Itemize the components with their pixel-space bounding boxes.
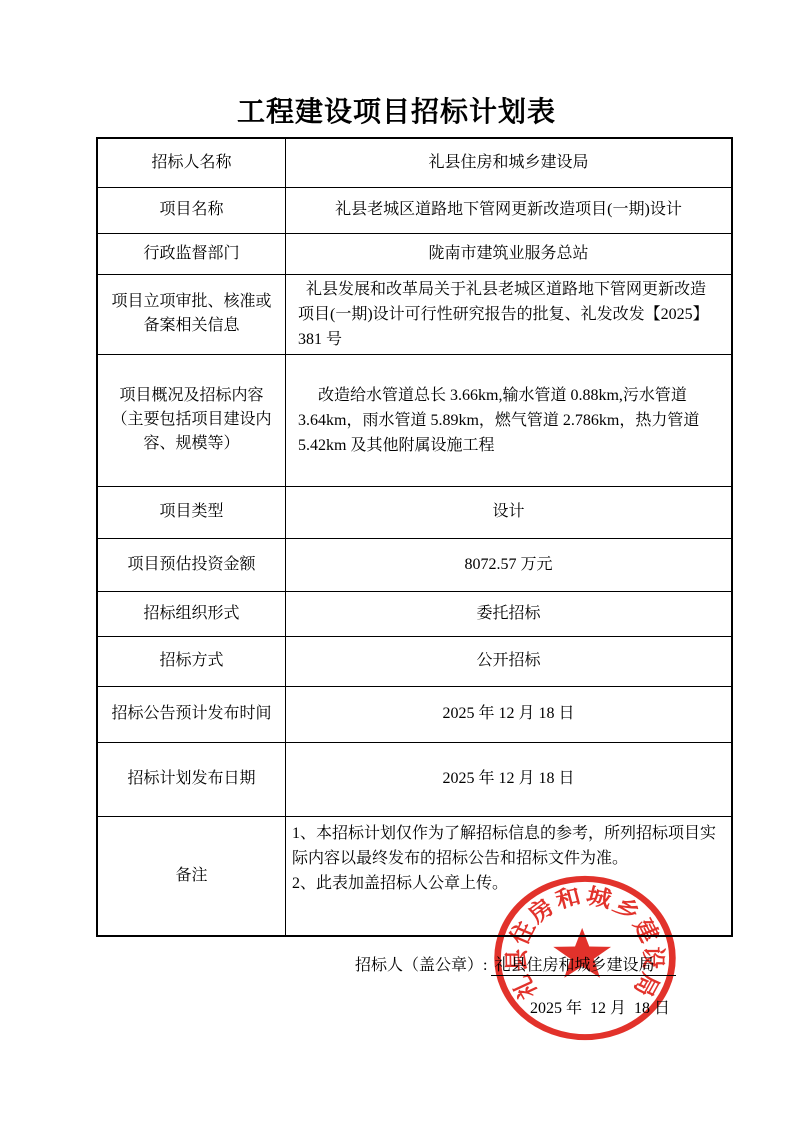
table-row: 招标计划发布日期 2025 年 12 月 18 日 — [97, 742, 732, 816]
row-label-cell: 项目概况及招标内容（主要包括项目建设内容、规模等） — [97, 354, 286, 486]
remark-line: 1、本招标计划仅作为了解招标信息的参考，所列招标项目实际内容以最终发布的招标公告… — [292, 821, 725, 871]
row-value-cell: 礼县住房和城乡建设局 — [286, 138, 733, 187]
bidding-plan-table: 招标人名称 礼县住房和城乡建设局 项目名称 礼县老城区道路地下管网更新改造项目(… — [96, 137, 733, 937]
row-label-cell: 招标计划发布日期 — [97, 742, 286, 816]
table-row: 项目名称 礼县老城区道路地下管网更新改造项目(一期)设计 — [97, 187, 732, 233]
signer-label: 招标人（盖公章）: — [355, 957, 487, 974]
row-value-cell: 公开招标 — [286, 636, 733, 686]
row-label-cell: 招标人名称 — [97, 138, 286, 187]
table-row: 项目预估投资金额 8072.57 万元 — [97, 538, 732, 591]
table-row: 招标人名称 礼县住房和城乡建设局 — [97, 138, 732, 187]
table-row: 项目概况及招标内容（主要包括项目建设内容、规模等） 改造给水管道总长 3.66k… — [97, 354, 732, 486]
row-value-cell: 礼县老城区道路地下管网更新改造项目(一期)设计 — [286, 187, 733, 233]
table-row: 项目类型 设计 — [97, 486, 732, 538]
row-value-cell: 礼县发展和改革局关于礼县老城区道路地下管网更新改造项目(一期)设计可行性研究报告… — [286, 274, 733, 354]
table-row: 招标组织形式 委托招标 — [97, 591, 732, 636]
star-icon — [553, 928, 611, 978]
row-label-cell: 招标组织形式 — [97, 591, 286, 636]
row-value-cell: 2025 年 12 月 18 日 — [286, 742, 733, 816]
row-value-cell: 改造给水管道总长 3.66km,输水管道 0.88km,污水管道 3.64km，… — [286, 354, 733, 486]
table-row: 招标方式 公开招标 — [97, 636, 732, 686]
row-label-cell: 招标方式 — [97, 636, 286, 686]
table-row: 行政监督部门 陇南市建筑业服务总站 — [97, 233, 732, 274]
row-label-cell: 项目类型 — [97, 486, 286, 538]
official-seal: 礼县住房和城乡建设局 — [490, 872, 680, 1044]
row-value-cell: 委托招标 — [286, 591, 733, 636]
row-value-cell: 设计 — [286, 486, 733, 538]
document-page: 工程建设项目招标计划表 招标人名称 礼县住房和城乡建设局 项目名称 礼县老城区道… — [0, 0, 793, 1122]
row-label-cell: 行政监督部门 — [97, 233, 286, 274]
table-row: 招标公告预计发布时间 2025 年 12 月 18 日 — [97, 686, 732, 742]
row-label-cell: 项目名称 — [97, 187, 286, 233]
row-label-cell: 招标公告预计发布时间 — [97, 686, 286, 742]
row-value-cell: 陇南市建筑业服务总站 — [286, 233, 733, 274]
row-value-cell: 8072.57 万元 — [286, 538, 733, 591]
row-label-cell: 项目预估投资金额 — [97, 538, 286, 591]
row-label-cell: 备注 — [97, 816, 286, 936]
table-row: 项目立项审批、核准或备案相关信息 礼县发展和改革局关于礼县老城区道路地下管网更新… — [97, 274, 732, 354]
row-value-cell: 2025 年 12 月 18 日 — [286, 686, 733, 742]
document-title: 工程建设项目招标计划表 — [0, 90, 793, 130]
row-label-cell: 项目立项审批、核准或备案相关信息 — [97, 274, 286, 354]
